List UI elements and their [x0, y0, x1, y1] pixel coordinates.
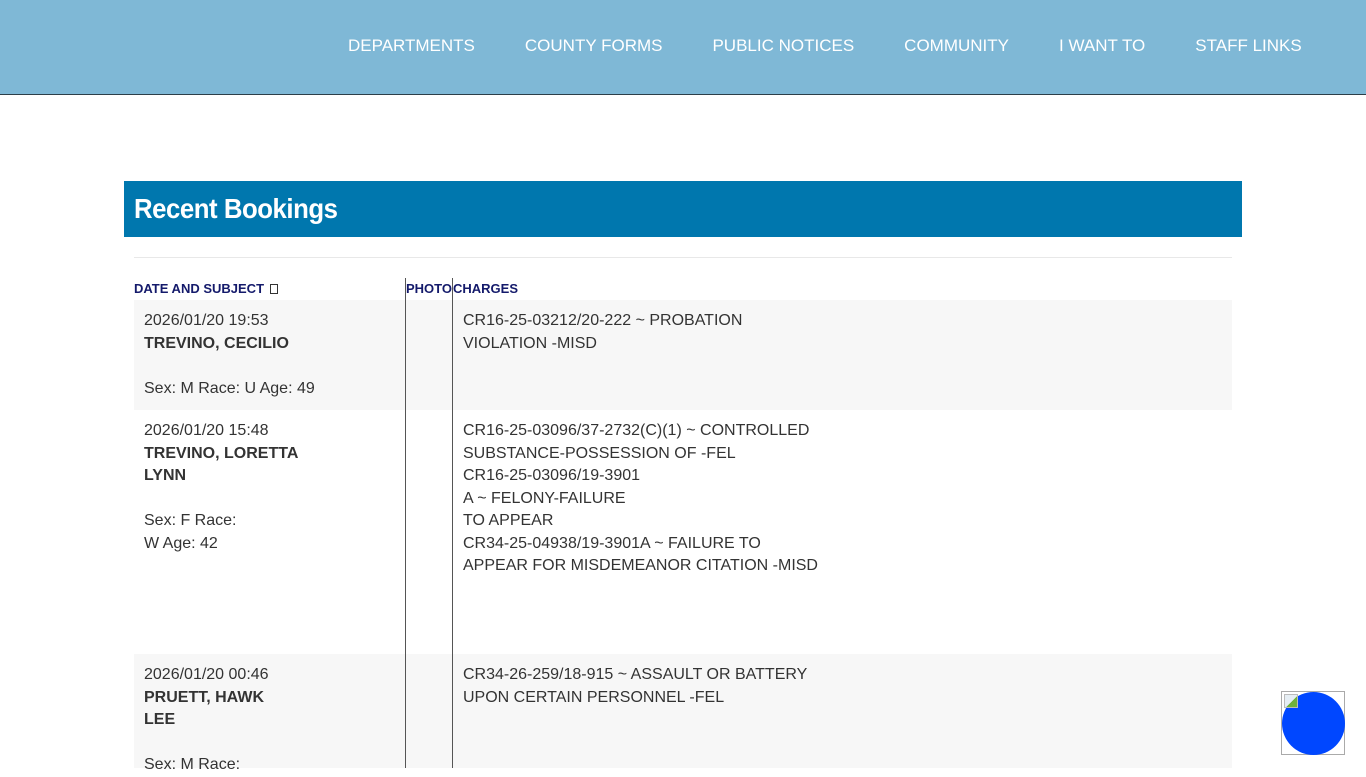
nav-staff-links[interactable]: STAFF LINKS [1195, 36, 1301, 56]
date-subject-cell: 2026/01/20 15:48 TREVINO, LORETTA LYNN S… [144, 420, 319, 555]
subject-name[interactable]: TREVINO, CECILIO [144, 333, 394, 356]
table-header: DATE AND SUBJECT PHOTO CHARGES [134, 278, 1232, 300]
subject-name[interactable]: PRUETT, HAWK LEE [144, 687, 284, 732]
main-nav: DEPARTMENTS COUNTY FORMS PUBLIC NOTICES … [348, 36, 1302, 56]
divider [134, 257, 1232, 258]
subject-demographics: Sex: M Race: [144, 754, 284, 768]
column-header-date-subject-label: DATE AND SUBJECT [134, 281, 264, 296]
table-row: 2026/01/20 15:48 TREVINO, LORETTA LYNN S… [134, 410, 1232, 654]
nav-departments[interactable]: DEPARTMENTS [348, 36, 475, 56]
charge-item: CR16-25-03212/20-222 ~ PROBATION VIOLATI… [463, 310, 823, 355]
booking-datetime: 2026/01/20 19:53 [144, 310, 394, 333]
sort-icon[interactable] [270, 284, 278, 294]
nav-i-want-to[interactable]: I WANT TO [1059, 36, 1145, 56]
subject-demographics: Sex: M Race: U Age: 49 [144, 378, 394, 401]
site-header: DEPARTMENTS COUNTY FORMS PUBLIC NOTICES … [0, 0, 1366, 95]
booking-datetime: 2026/01/20 00:46 [144, 664, 284, 687]
subject-name[interactable]: TREVINO, LORETTA LYNN [144, 443, 319, 488]
date-subject-cell: 2026/01/20 19:53 TREVINO, CECILIO Sex: M… [144, 310, 394, 400]
page-banner: Recent Bookings [124, 181, 1242, 237]
column-header-charges: CHARGES [453, 282, 518, 296]
charge-item: CR16-25-03096/19-3901 A ~ FELONY-FAILURE… [463, 465, 643, 533]
charge-item: CR34-26-259/18-915 ~ ASSAULT OR BATTERY … [463, 664, 823, 709]
chat-button[interactable] [1281, 691, 1345, 755]
column-divider [405, 278, 406, 768]
table-row: 2026/01/20 19:53 TREVINO, CECILIO Sex: M… [134, 300, 1232, 410]
nav-public-notices[interactable]: PUBLIC NOTICES [712, 36, 854, 56]
column-divider [452, 278, 453, 768]
date-subject-cell: 2026/01/20 00:46 PRUETT, HAWK LEE Sex: M… [144, 664, 284, 768]
broken-image-icon [1284, 694, 1298, 708]
column-header-photo: PHOTO [406, 282, 452, 296]
page-title: Recent Bookings [134, 193, 338, 225]
charge-item: CR34-25-04938/19-3901A ~ FAILURE TO APPE… [463, 533, 823, 578]
charge-item: CR16-25-03096/37-2732(C)(1) ~ CONTROLLED… [463, 420, 823, 465]
charges-cell: CR34-26-259/18-915 ~ ASSAULT OR BATTERY … [463, 664, 823, 709]
nav-county-forms[interactable]: COUNTY FORMS [525, 36, 663, 56]
nav-community[interactable]: COMMUNITY [904, 36, 1009, 56]
charges-cell: CR16-25-03212/20-222 ~ PROBATION VIOLATI… [463, 310, 823, 355]
column-header-date-subject[interactable]: DATE AND SUBJECT [134, 282, 278, 296]
charges-cell: CR16-25-03096/37-2732(C)(1) ~ CONTROLLED… [463, 420, 823, 578]
booking-datetime: 2026/01/20 15:48 [144, 420, 319, 443]
table-row: 2026/01/20 00:46 PRUETT, HAWK LEE Sex: M… [134, 654, 1232, 768]
subject-demographics: Sex: F Race: W Age: 42 [144, 510, 254, 555]
